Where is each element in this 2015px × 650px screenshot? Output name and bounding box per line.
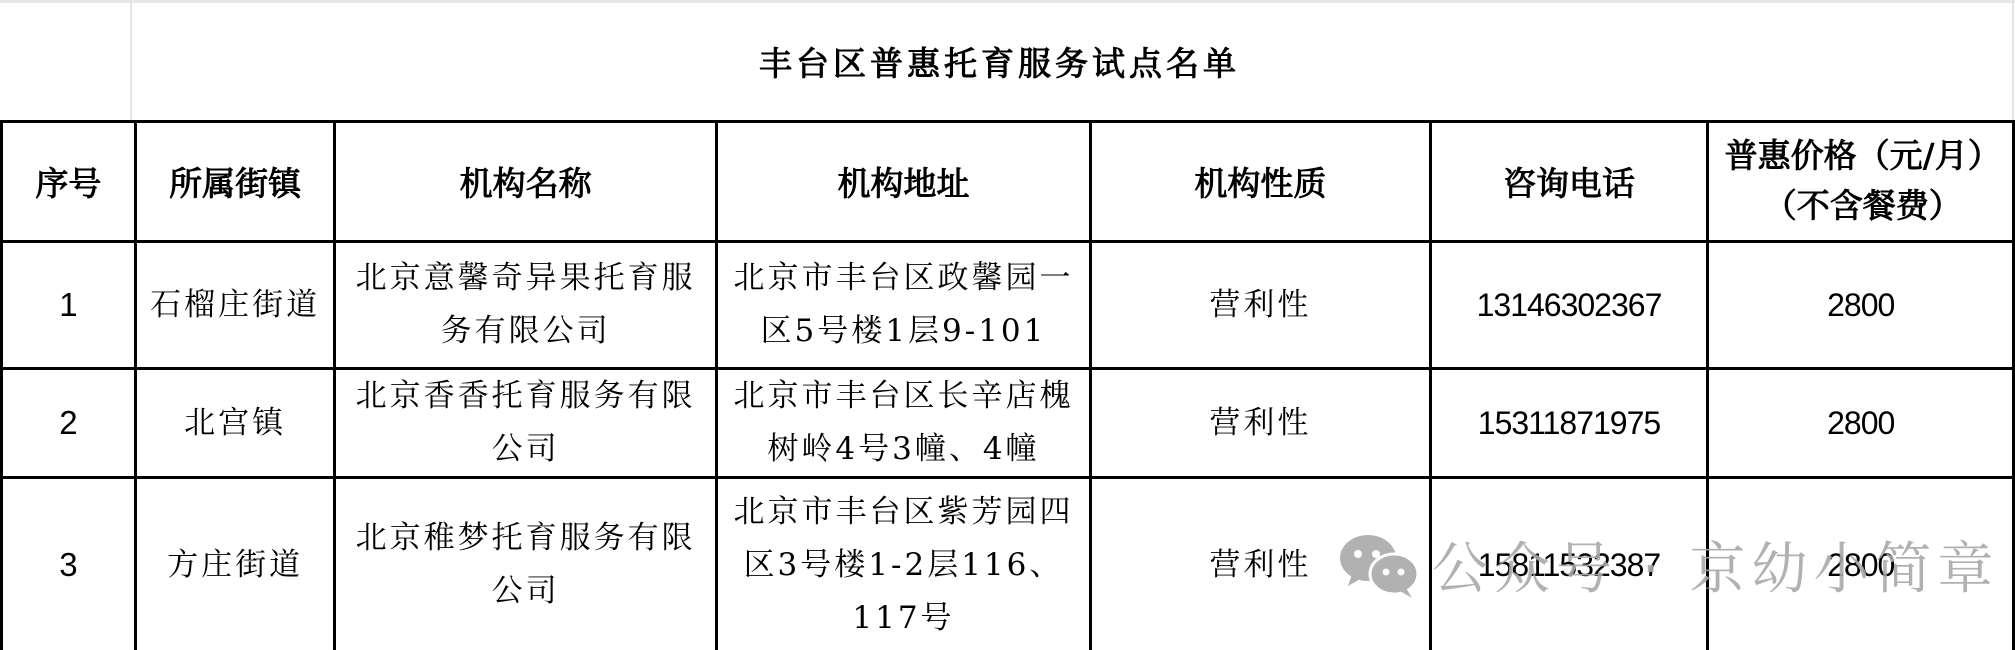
document-title: 丰台区普惠托育服务试点名单 xyxy=(759,38,1240,85)
cell-address: 北京市丰台区政馨园一区5号楼1层9-101 xyxy=(716,242,1090,369)
cell-nature: 营利性 xyxy=(1091,369,1430,478)
header-row: 序号 所属街镇 机构名称 机构地址 机构性质 咨询电话 普惠价格（元/月）（不含… xyxy=(2,122,2014,242)
name-text: 北京稚梦托育服务有限公司 xyxy=(336,512,714,618)
header-nature: 机构性质 xyxy=(1091,122,1430,242)
address-text: 北京市丰台区长辛店槐树岭4号3幢、4幢 xyxy=(718,370,1089,476)
title-cell: 丰台区普惠托育服务试点名单 xyxy=(134,3,2015,120)
subdistrict-text: 北宫镇 xyxy=(137,397,334,450)
cell-address: 北京市丰台区紫芳园四区3号楼1-2层116、117号 xyxy=(716,478,1090,650)
cell-phone: 15811532387 xyxy=(1430,478,1708,650)
cell-address: 北京市丰台区长辛店槐树岭4号3幢、4幢 xyxy=(716,369,1090,478)
cell-name: 北京意馨奇异果托育服务有限公司 xyxy=(335,242,716,369)
cell-phone: 13146302367 xyxy=(1430,242,1708,369)
nature-text: 营利性 xyxy=(1092,397,1428,450)
cell-subdistrict: 石榴庄街道 xyxy=(135,242,335,369)
address-text: 北京市丰台区政馨园一区5号楼1层9-101 xyxy=(718,252,1089,358)
table-row: 3 方庄街道 北京稚梦托育服务有限公司 北京市丰台区紫芳园四区3号楼1-2层11… xyxy=(2,478,2014,650)
cell-nature: 营利性 xyxy=(1091,242,1430,369)
cell-index: 2 xyxy=(2,369,136,478)
address-text: 北京市丰台区紫芳园四区3号楼1-2层116、117号 xyxy=(718,486,1089,645)
cell-price: 2800 xyxy=(1708,369,2014,478)
name-text: 北京意馨奇异果托育服务有限公司 xyxy=(336,252,714,358)
table-row: 2 北宫镇 北京香香托育服务有限公司 北京市丰台区长辛店槐树岭4号3幢、4幢 营… xyxy=(2,369,2014,478)
subdistrict-text: 方庄街道 xyxy=(137,539,334,592)
cell-name: 北京香香托育服务有限公司 xyxy=(335,369,716,478)
subdistrict-text: 石榴庄街道 xyxy=(137,279,334,332)
cell-name: 北京稚梦托育服务有限公司 xyxy=(335,478,716,650)
cell-index: 1 xyxy=(2,242,136,369)
cell-price: 2800 xyxy=(1708,478,2014,650)
cell-index: 3 xyxy=(2,478,136,650)
nature-text: 营利性 xyxy=(1092,279,1428,332)
header-index: 序号 xyxy=(2,122,136,242)
right-border xyxy=(2012,3,2014,120)
header-price-label: 普惠价格（元/月）（不含餐费） xyxy=(1709,125,2012,231)
cell-phone: 15311871975 xyxy=(1430,369,1708,478)
cell-subdistrict: 北宫镇 xyxy=(135,369,335,478)
header-subdistrict: 所属街镇 xyxy=(135,122,335,242)
name-text: 北京香香托育服务有限公司 xyxy=(336,370,714,476)
title-blank-cell xyxy=(0,3,132,120)
cell-nature: 营利性 xyxy=(1091,478,1430,650)
nature-text: 营利性 xyxy=(1092,539,1428,592)
header-name: 机构名称 xyxy=(335,122,716,242)
header-phone: 咨询电话 xyxy=(1430,122,1708,242)
header-address: 机构地址 xyxy=(716,122,1090,242)
table-row: 1 石榴庄街道 北京意馨奇异果托育服务有限公司 北京市丰台区政馨园一区5号楼1层… xyxy=(2,242,2014,369)
cell-price: 2800 xyxy=(1708,242,2014,369)
cell-subdistrict: 方庄街道 xyxy=(135,478,335,650)
header-price: 普惠价格（元/月）（不含餐费） xyxy=(1708,122,2014,242)
pilot-list-table: 序号 所属街镇 机构名称 机构地址 机构性质 咨询电话 普惠价格（元/月）（不含… xyxy=(0,120,2015,650)
